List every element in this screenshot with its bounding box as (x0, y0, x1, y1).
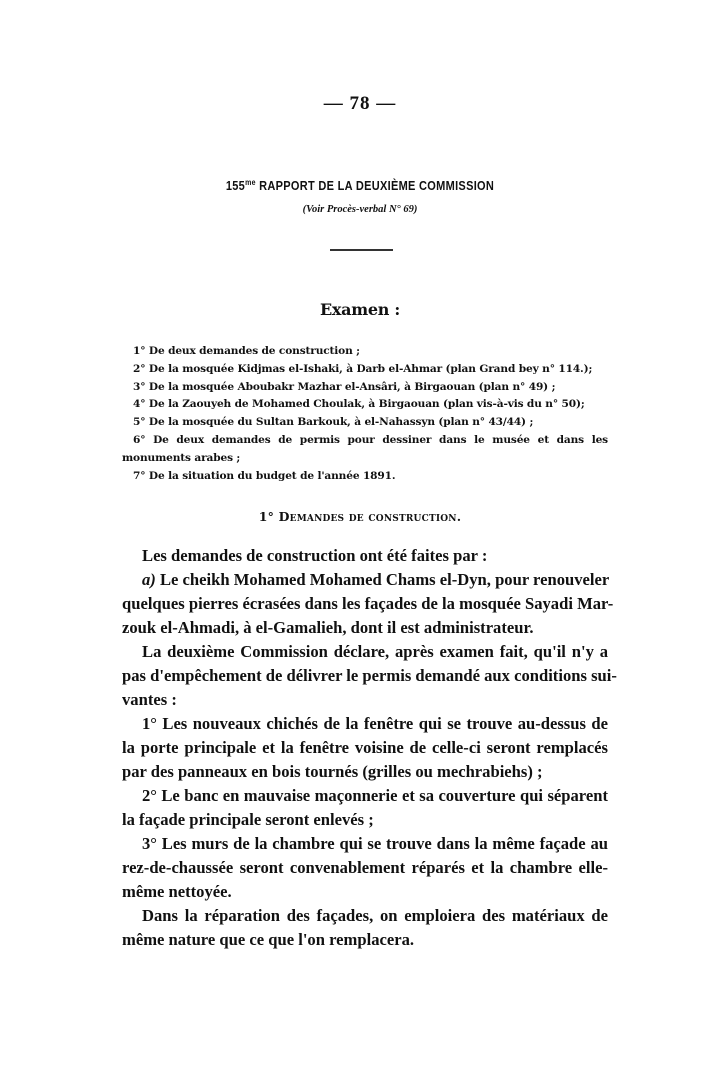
separator-rule (330, 249, 393, 251)
agenda-item: 1° De deux demandes de construction ; (122, 343, 608, 361)
body-line: 3° Les murs de la chambre qui se trouve … (122, 832, 608, 856)
body-line: même nettoyée. (122, 880, 608, 904)
agenda-list: 1° De deux demandes de construction ; 2°… (122, 343, 608, 485)
body-line: 2° Le banc en mauvaise maçonnerie et sa … (122, 784, 608, 808)
report-ordinal-suffix: me (245, 179, 256, 187)
body-line-text: Le cheikh Mohamed Mohamed Chams el-Dyn, … (156, 570, 609, 589)
body-line: la façade principale seront enlevés ; (122, 808, 608, 832)
agenda-item: 7° De la situation du budget de l'année … (122, 468, 608, 486)
body-line: La deuxième Commission déclare, après ex… (122, 640, 608, 664)
agenda-item: 6° De deux demandes de permis pour dessi… (122, 432, 608, 468)
agenda-item: 4° De la Zaouyeh de Mohamed Choulak, à B… (122, 396, 608, 414)
body-line: a) Le cheikh Mohamed Mohamed Chams el-Dy… (122, 568, 608, 592)
report-title-text: RAPPORT DE LA DEUXIÈME COMMISSION (256, 180, 494, 194)
body-line: Dans la réparation des façades, on emplo… (122, 904, 608, 928)
body-line: rez-de-chaussée seront convenablement ré… (122, 856, 608, 880)
agenda-item: 5° De la mosquée du Sultan Barkouk, à el… (122, 414, 608, 432)
body-line: par des panneaux en bois tournés (grille… (122, 760, 608, 784)
report-title: 155me RAPPORT DE LA DEUXIÈME COMMISSION (0, 179, 720, 194)
agenda-item: 3° De la mosquée Aboubakr Mazhar el-Ansâ… (122, 379, 608, 397)
examen-heading: Examen : (0, 300, 720, 319)
page-number: — 78 — (0, 93, 720, 115)
body-line: pas d'empêchement de délivrer le permis … (122, 664, 608, 688)
report-subtitle: (Voir Procès-verbal N° 69) (0, 204, 720, 215)
report-number: 155 (226, 180, 245, 194)
body-text: Les demandes de construction ont été fai… (122, 544, 608, 952)
subsection-heading: 1° Demandes de construction. (0, 509, 720, 524)
list-marker: a) (142, 570, 156, 589)
body-line: quelques pierres écrasées dans les façad… (122, 592, 608, 616)
body-line: zouk el-Ahmadi, à el-Gamalieh, dont il e… (122, 616, 608, 640)
body-line: 1° Les nouveaux chichés de la fenêtre qu… (122, 712, 608, 736)
body-line: vantes : (122, 688, 608, 712)
body-line: la porte principale et la fenêtre voisin… (122, 736, 608, 760)
body-line: même nature que ce que l'on remplacera. (122, 928, 608, 952)
body-line: Les demandes de construction ont été fai… (122, 544, 608, 568)
agenda-item: 2° De la mosquée Kidjmas el-Ishaki, à Da… (122, 361, 608, 379)
